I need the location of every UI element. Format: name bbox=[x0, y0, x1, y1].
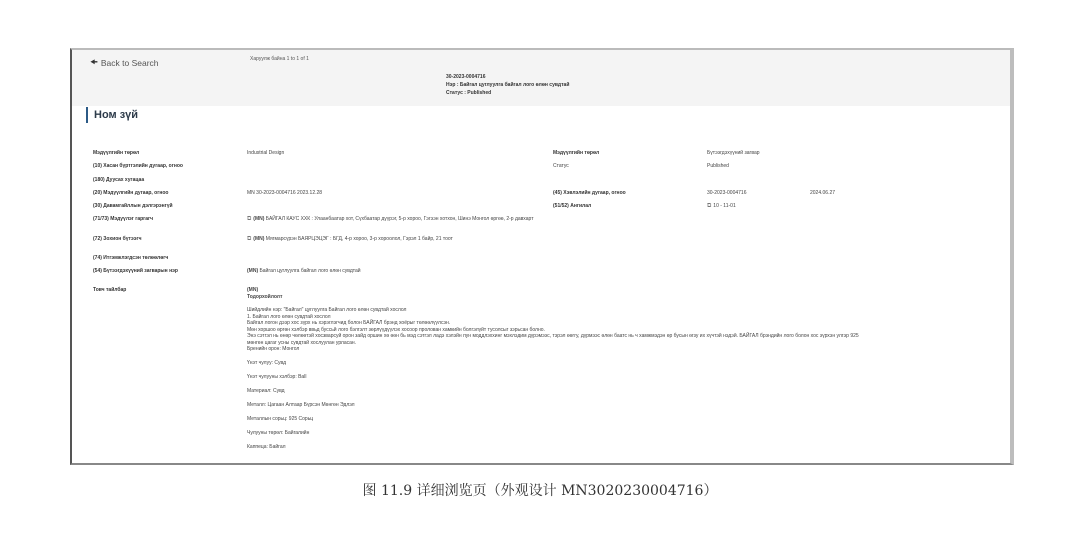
result-pager: Харуулж байна 1 to 1 of 1 bbox=[250, 56, 309, 62]
detail-page-window: 🠜 Back to Search Харуулж байна 1 to 1 of… bbox=[70, 48, 1014, 465]
description-item: Үнэт чулууны хэлбэр: Ball bbox=[247, 374, 859, 381]
description-item: Каппеца: Байгал bbox=[247, 444, 859, 451]
external-link-icon: ⧉ bbox=[247, 236, 251, 242]
field-label: (51/52) Ангилал bbox=[553, 203, 591, 209]
applicant-link[interactable]: ⧉(MN) БАЙГАЛ КАУС ХХК : Улаанбаатар хот,… bbox=[247, 216, 534, 223]
status-value: Published bbox=[707, 163, 729, 169]
field-label: (10) Хасан бүртгэлийн дугаар, огноо bbox=[93, 163, 183, 169]
top-bar: 🠜 Back to Search Харуулж байна 1 to 1 of… bbox=[72, 50, 1010, 106]
description-item: Металл: Цагаан Алтаар Бүрсэн Мөнгөн Эдлэ… bbox=[247, 402, 859, 409]
lang-tag: (MN) bbox=[253, 216, 264, 222]
description-item: Материал: Сувд bbox=[247, 388, 859, 395]
description-line: Бренийн орон: Монгол bbox=[247, 346, 859, 353]
description-item: Үнэт чулуу: Сувд bbox=[247, 360, 859, 367]
field-label: Товч тайлбар bbox=[93, 287, 126, 293]
external-link-icon: ⧉ bbox=[247, 216, 251, 222]
designer-link[interactable]: ⧉(MN) Мягмарсүрэн БАЯРЦЭЦЭГ : БГД, 4-р х… bbox=[247, 236, 453, 243]
design-name-value: (MN) Байгал цуглуулга байгал лого өлөн с… bbox=[247, 268, 361, 274]
description-item: Металлын сорьц: 925 Сорьц bbox=[247, 416, 859, 423]
field-label: (45) Хэвлэлийн дугаар, огноо bbox=[553, 190, 626, 196]
field-label: (20) Мэдүүлгийн дугаар, огноо bbox=[93, 190, 168, 196]
designer-value: Мягмарсүрэн БАЯРЦЭЦЭГ : БГД, 4-р хороо, … bbox=[266, 236, 453, 242]
summary-name: Нэр : Байгал цуглуулга байгал лого өлөн … bbox=[446, 81, 569, 89]
summary-number: 30-2023-0004716 bbox=[446, 73, 569, 81]
publication-date: 2024.06.27 bbox=[810, 190, 835, 196]
section-accent-bar bbox=[86, 107, 88, 123]
field-value: Бүтээгдэхүүний загвар bbox=[707, 150, 760, 156]
field-label: (54) Бүтээгдэхүүний загварын нэр bbox=[93, 268, 178, 274]
lang-tag: (MN) bbox=[253, 236, 264, 242]
summary-status: Статус : Published bbox=[446, 89, 569, 97]
field-label: (180) Дуусах хугацаа bbox=[93, 177, 144, 183]
classification-link[interactable]: ⧉10 - 11-01 bbox=[707, 203, 736, 210]
section-heading: Ном зүй bbox=[86, 107, 138, 123]
field-label: (74) Итгэмжлэгдсэн төлөөлөгч bbox=[93, 255, 168, 261]
arrow-left-icon: 🠜 bbox=[90, 55, 98, 71]
field-label: Мэдүүлгийн төрөл bbox=[553, 150, 599, 156]
field-value: MN 30-2023-0004716 2023.12.28 bbox=[247, 190, 322, 196]
record-summary: 30-2023-0004716 Нэр : Байгал цуглуулга б… bbox=[446, 73, 569, 97]
classification-value: 10 - 11-01 bbox=[713, 203, 735, 209]
section-title: Ном зүй bbox=[94, 109, 138, 121]
design-name: Байгал цуглуулга байгал лого өлөн сувдта… bbox=[260, 268, 361, 274]
applicant-value: БАЙГАЛ КАУС ХХК : Улаанбаатар хот, Сүхба… bbox=[266, 216, 534, 222]
lang-tag: (MN) bbox=[247, 268, 258, 274]
back-to-search-link[interactable]: 🠜 Back to Search bbox=[90, 55, 159, 71]
field-label: (30) Давамгайллын дэлгэрэнгүй bbox=[93, 203, 173, 209]
field-label: Статус bbox=[553, 163, 569, 169]
field-label: Мэдүүлгийн төрөл bbox=[93, 150, 139, 156]
field-label: (72) Зохион бүтээгч bbox=[93, 236, 142, 242]
field-value: Industrial Design bbox=[247, 150, 284, 156]
description-item: Чулууны төрөл: Байгалийн bbox=[247, 430, 859, 437]
description-block: (MN) Тодорхойлолт Шийдлийн нэр: "Байгал"… bbox=[247, 287, 859, 458]
back-to-search-label: Back to Search bbox=[101, 58, 159, 68]
external-link-icon: ⧉ bbox=[707, 203, 711, 209]
description-line: Энэ сэтгэл нь өнөр чөлөөтэй хосзварсуй о… bbox=[247, 333, 859, 340]
figure-caption: 图 11.9 详细浏览页（外观设计 MN3020230004716） bbox=[0, 480, 1080, 500]
field-label: (71/73) Мэдүүлэг гаргагч bbox=[93, 216, 153, 222]
publication-number: 30-2023-0004716 bbox=[707, 190, 746, 196]
